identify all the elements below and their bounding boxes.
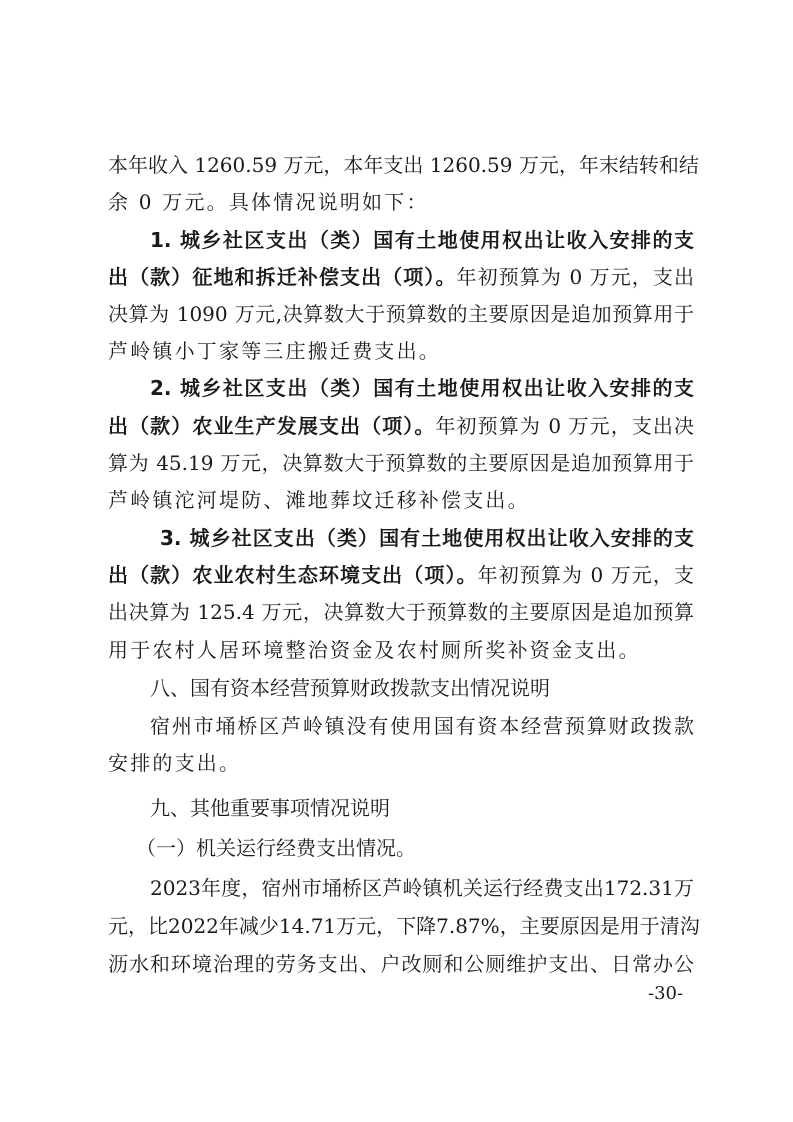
item-1-budget: 年初预算为 0 万元，支出 (457, 265, 694, 289)
item-2-budget: 年初预算为 0 万元，支出决 (435, 414, 694, 438)
section-9-body-2: 元，比2022年减少14.71万元，下降7.87%，主要原因是用于清沟 (108, 912, 694, 940)
item-3-body-2: 用于农村人居环境整治资金及农村厕所奖补资金支出。 (108, 636, 694, 664)
page-number: -30- (648, 983, 683, 1004)
section-8-heading: 八、国有资本经营预算财政拨款支出情况说明 (150, 674, 694, 702)
section-8-body-1: 宿州市埇桥区芦岭镇没有使用国有资本经营预算财政拨款 (150, 712, 694, 740)
item-2-title-cont: 出（款）农业生产发展支出（项）。年初预算为 0 万元，支出决 (108, 412, 694, 440)
intro-line-1: 本年收入 1260.59 万元，本年支出 1260.59 万元，年末结转和结 (108, 151, 694, 179)
item-2-body-2: 芦岭镇沱河堤防、滩地葬坟迁移补偿支出。 (108, 486, 694, 514)
section-9-subheading: （一）机关运行经费支出情况。 (136, 834, 694, 862)
intro-line-2: 余 0 万元。具体情况说明如下： (108, 188, 694, 216)
item-3-category: 出（款）农业农村生态环境支出（项）。 (108, 563, 478, 587)
item-3-title-cont: 出（款）农业农村生态环境支出（项）。年初预算为 0 万元，支 (108, 561, 694, 589)
section-9-body-1: 2023年度，宿州市埇桥区芦岭镇机关运行经费支出172.31万 (150, 874, 694, 902)
section-9-heading: 九、其他重要事项情况说明 (150, 794, 694, 822)
item-3-body-1: 出决算为 125.4 万元，决算数大于预算数的主要原因是追加预算 (108, 598, 694, 626)
section-8-body-2: 安排的支出。 (108, 749, 694, 777)
section-9-body-3: 沥水和环境治理的劳务支出、户改厕和公厕维护支出、日常办公 (108, 950, 694, 978)
item-1-title-cont: 出（款）征地和拆迁补偿支出（项）。年初预算为 0 万元，支出 (108, 263, 694, 291)
item-1-body-1: 决算为 1090 万元,决算数大于预算数的主要原因是追加预算用于 (108, 300, 694, 328)
item-2-title: 2. 城乡社区支出（类）国有土地使用权出让收入安排的支 (150, 374, 694, 402)
item-1-category: 出（款）征地和拆迁补偿支出（项）。 (108, 265, 457, 289)
item-3-budget: 年初预算为 0 万元，支 (478, 563, 694, 587)
item-1-title: 1. 城乡社区支出（类）国有土地使用权出让收入安排的支 (150, 226, 694, 254)
item-3-title: 3. 城乡社区支出（类）国有土地使用权出让收入安排的支 (160, 524, 694, 552)
item-2-category: 出（款）农业生产发展支出（项）。 (108, 414, 435, 438)
item-1-body-2: 芦岭镇小丁家等三庄搬迁费支出。 (108, 337, 694, 365)
item-2-body-1: 算为 45.19 万元，决算数大于预算数的主要原因是追加预算用于 (108, 449, 694, 477)
